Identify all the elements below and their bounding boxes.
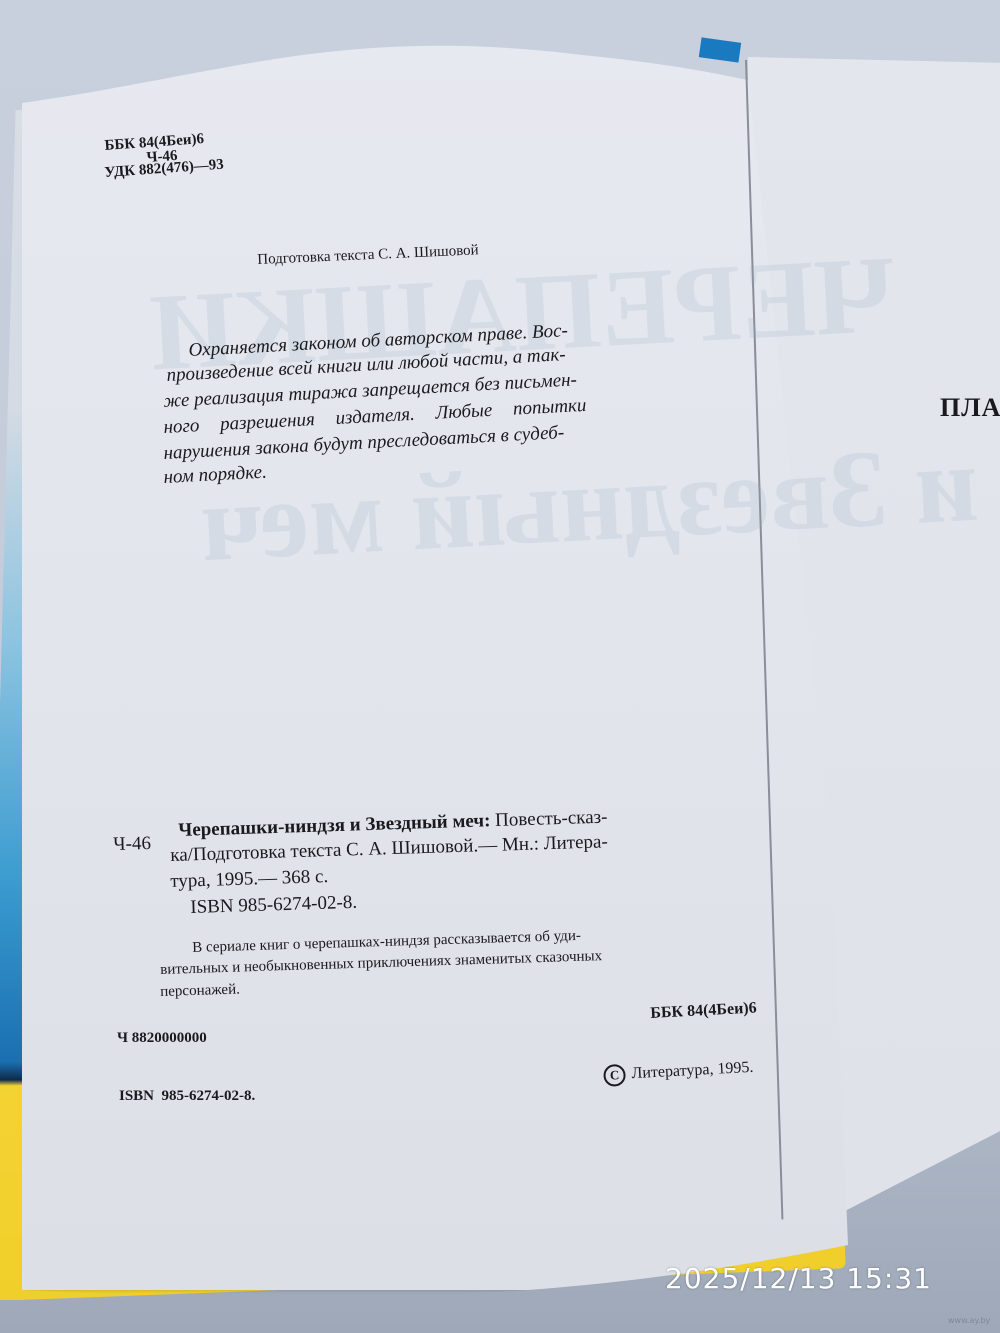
- copyright-icon: C: [603, 1064, 626, 1087]
- right-page-heading: ПЛА: [940, 393, 1000, 423]
- site-watermark: www.ay.by: [948, 1316, 990, 1325]
- isbn-bottom: ISBN 985-6274-02-8.: [119, 1088, 255, 1105]
- photo-timestamp: 2025/12/13 15:31: [665, 1262, 932, 1295]
- copyright-holder: Литература, 1995.: [631, 1059, 754, 1082]
- annotation-line: персонажей.: [160, 981, 240, 1000]
- publication-code: Ч 8820000000: [117, 1030, 207, 1047]
- record-mark: Ч-46: [113, 833, 151, 856]
- blue-bookmark-tab: [699, 37, 741, 62]
- record-line1-rest: Повесть-сказ-: [490, 807, 608, 832]
